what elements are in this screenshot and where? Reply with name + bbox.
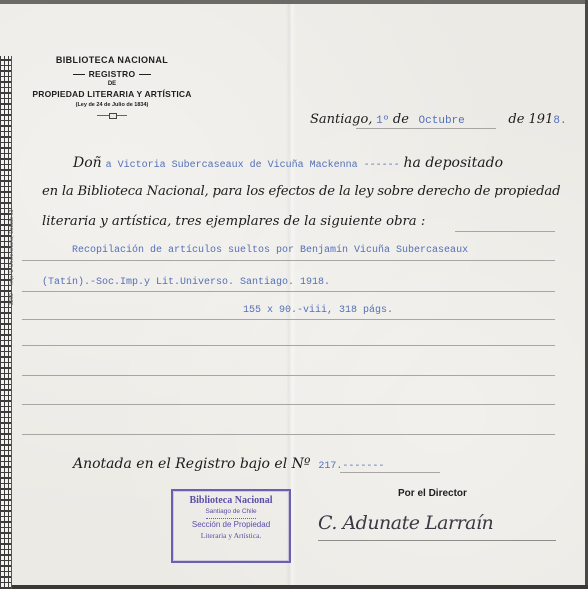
stamp-line-2: Santiago de Chile: [173, 508, 289, 515]
rule-2: [22, 291, 555, 292]
date-de: de: [393, 112, 409, 127]
registration-label: Anotada en el Registro bajo el Nº: [73, 456, 310, 472]
registry-certificate: 3269 — Imp. U Universitaria, Estado 63 B…: [0, 0, 588, 589]
depositor-line: Doñ a Victoria Subercaseaux de Vicuña Ma…: [73, 154, 503, 171]
rule-6: [22, 404, 555, 405]
rule-3: [22, 319, 555, 320]
depositor-name: a Victoria Subercaseaux de Vicuña Macken…: [106, 160, 400, 171]
date-month: Octubre: [419, 115, 465, 127]
stamp-line-4: Literaria y Artística.: [173, 531, 289, 540]
stamp-line-1: Biblioteca Nacional: [173, 495, 289, 506]
date-year-suffix: 8.: [553, 115, 566, 127]
registry-de: DE: [22, 81, 202, 87]
printer-imprint: 3269 — Imp. U Universitaria, Estado 63: [9, 209, 15, 305]
rule-right: [139, 74, 151, 75]
stamp-divider: [206, 518, 256, 519]
date-rule: [356, 128, 496, 129]
stamp-line-3: Sección de Propiedad: [173, 520, 289, 529]
scan-edge-bottom: [0, 585, 588, 589]
city-label: Santiago,: [310, 112, 372, 127]
date-line: Santiago, 1º de Octubre de 1918.: [310, 111, 567, 127]
letterhead: BIBLIOTECA NACIONAL REGISTRO DE PROPIEDA…: [22, 55, 202, 118]
ornament-icon: [97, 113, 127, 118]
rule-7: [22, 434, 555, 435]
greek-key-border: [0, 56, 12, 589]
registration-number: 217.-------: [318, 461, 384, 472]
library-stamp: Biblioteca Nacional Santiago de Chile Se…: [171, 489, 291, 563]
director-label: Por el Director: [398, 488, 467, 499]
copies-line: literaria y artística, tres ejemplares d…: [42, 214, 425, 229]
rule-1: [22, 260, 555, 261]
date-year-prefix: de 191: [508, 112, 553, 127]
registration-rule: [340, 472, 440, 473]
work-title-line: Recopilación de artículos sueltos por Be…: [72, 245, 468, 256]
rule-5: [22, 375, 555, 376]
rule-left: [73, 74, 85, 75]
section-title: PROPIEDAD LITERARIA Y ARTÍSTICA: [22, 89, 202, 99]
registration-line: Anotada en el Registro bajo el Nº 217.--…: [73, 455, 384, 472]
signature-rule: [318, 540, 556, 541]
rule-4: [22, 345, 555, 346]
registry-title: REGISTRO: [22, 69, 202, 79]
work-dimensions-line: 155 x 90.-viii, 318 págs.: [243, 305, 393, 316]
salutation: Doñ: [73, 155, 102, 171]
law-reference: (Ley de 24 de Julio de 1834): [22, 102, 202, 108]
director-signature: C. Adunate Larraín: [318, 512, 493, 534]
copies-rule: [455, 231, 555, 232]
work-publisher-line: (Tatín).-Soc.Imp.y Lit.Universo. Santiag…: [42, 277, 330, 288]
institution-name: BIBLIOTECA NACIONAL: [22, 55, 202, 65]
scan-edge-top: [0, 0, 588, 4]
date-day: 1º: [376, 115, 389, 127]
deposited-text: ha depositado: [404, 155, 503, 171]
purpose-line: en la Biblioteca Nacional, para los efec…: [42, 184, 560, 199]
